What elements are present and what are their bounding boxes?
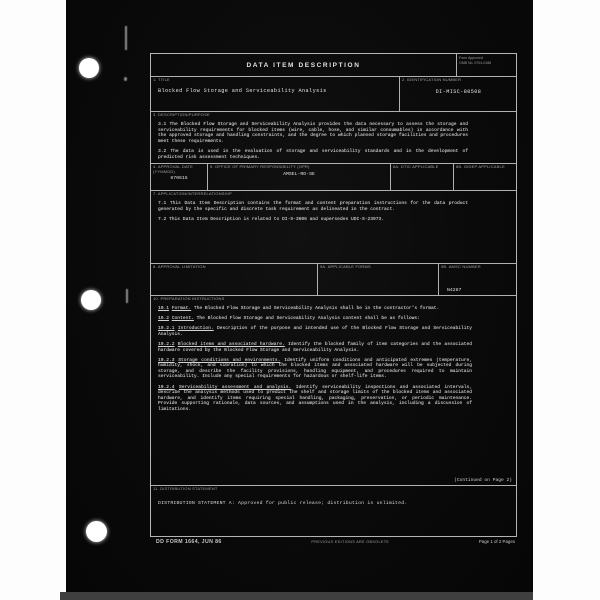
scanner-edge-strip	[60, 592, 533, 600]
preparation-paragraph: 10.2.2 Blocked items and associated hard…	[158, 342, 472, 353]
description-paragraph: 3.2 The data is used in the evaluation o…	[158, 149, 468, 160]
block8-label: 8. APPROVAL LIMITATION	[151, 264, 317, 270]
block9a-applicable-forms: 9a. APPLICABLE FORMS	[318, 264, 439, 295]
scan-artifact	[126, 289, 128, 303]
form-title: DATA ITEM DESCRIPTION	[151, 62, 456, 69]
block9b-label: 9b. AMSC NUMBER	[439, 264, 517, 270]
block7-label: 7. APPLICATION/INTERRELATIONSHIP	[151, 191, 516, 197]
title-id-row: 1. TITLE Blocked Flow Storage and Servic…	[151, 77, 516, 112]
block5-label: 5. OFFICE OF PRIMARY RESPONSIBILITY (OPR…	[208, 164, 390, 170]
omb-approved-line: Form Approved	[457, 54, 517, 61]
block3-label: 3. DESCRIPTION/PURPOSE	[151, 112, 516, 118]
block6a-label: 6a. DTIC APPLICABLE	[391, 164, 453, 170]
block8-approval-limitation: 8. APPROVAL LIMITATION	[151, 264, 318, 295]
identification-number-value: DI-MISC-80508	[400, 89, 517, 95]
form-title-cell: DATA ITEM DESCRIPTION	[151, 54, 457, 76]
block6a-dtic: 6a. DTIC APPLICABLE	[391, 164, 454, 190]
application-paragraph: 7.2 This Data Item Description is relate…	[158, 217, 468, 223]
block11-label: 11. DISTRIBUTION STATEMENT	[151, 486, 516, 492]
block2-label: 2. IDENTIFICATION NUMBER	[400, 77, 517, 83]
preparation-paragraph: 10.2.3 Storage conditions and environmen…	[158, 358, 472, 380]
omb-box: Form Approved OMB No. 0704-0188	[457, 54, 517, 76]
amsc-number-value: N4287	[447, 288, 461, 293]
block10-label: 10. PREPARATION INSTRUCTIONS	[151, 296, 516, 302]
block4-approval-date: 4. APPROVAL DATE (YYMMDD) 870615	[151, 164, 208, 190]
scanned-document: DATA ITEM DESCRIPTION Form Approved OMB …	[0, 0, 600, 600]
did-form: DATA ITEM DESCRIPTION Form Approved OMB …	[150, 53, 517, 537]
block6b-gidep: 6b. GIDEP APPLICABLE	[454, 164, 517, 190]
application-paragraph: 7.1 This Data Item Description contains …	[158, 201, 468, 212]
continued-note: (Continued on Page 2)	[454, 478, 512, 483]
omb-number-line: OMB No. 0704-0188	[457, 61, 517, 67]
document-page: DATA ITEM DESCRIPTION Form Approved OMB …	[66, 0, 533, 593]
block11-distribution-statement: 11. DISTRIBUTION STATEMENT DISTRIBUTION …	[151, 486, 516, 538]
punch-hole-bottom	[86, 521, 107, 542]
preparation-paragraphs: 10.1 Format. The Blocked Flow Storage an…	[151, 306, 516, 412]
preparation-paragraph: 10.2.4 Serviceability assessment and ana…	[158, 385, 472, 413]
scan-artifact	[125, 26, 127, 50]
preparation-paragraph: 10.2.1 Introduction. Description of the …	[158, 326, 472, 337]
block7-application-interrelationship: 7. APPLICATION/INTERRELATIONSHIP 7.1 Thi…	[151, 191, 516, 264]
block3-description-purpose: 3. DESCRIPTION/PURPOSE 3.1 The Blocked F…	[151, 112, 516, 164]
block1-label: 1. TITLE	[151, 77, 399, 83]
punch-hole-middle	[81, 290, 101, 310]
description-paragraph: 3.1 The Blocked Flow Storage and Service…	[158, 122, 468, 144]
block9b-amsc-number: 9b. AMSC NUMBER N4287	[439, 264, 517, 295]
block1-title: 1. TITLE Blocked Flow Storage and Servic…	[151, 77, 400, 111]
form-number: DD FORM 1664, JUN 86	[156, 539, 222, 545]
approval-opr-row: 4. APPROVAL DATE (YYMMDD) 870615 5. OFFI…	[151, 164, 516, 191]
block9a-label: 9a. APPLICABLE FORMS	[318, 264, 438, 270]
page-indicator: Page 1 of 2 Pages	[479, 539, 515, 544]
description-paragraphs: 3.1 The Blocked Flow Storage and Service…	[151, 122, 516, 160]
obsolete-note: PREVIOUS EDITIONS ARE OBSOLETE	[311, 540, 389, 544]
scan-artifact	[124, 77, 127, 81]
preparation-paragraph: 10.1 Format. The Blocked Flow Storage an…	[158, 306, 472, 312]
punch-hole-top	[79, 58, 99, 78]
opr-value: AMSEL-RD-SE	[208, 172, 390, 177]
did-title-value: Blocked Flow Storage and Serviceability …	[158, 88, 399, 94]
form-footer: DD FORM 1664, JUN 86 PREVIOUS EDITIONS A…	[150, 539, 517, 545]
block4-label: 4. APPROVAL DATE (YYMMDD)	[151, 164, 207, 174]
application-paragraphs: 7.1 This Data Item Description contains …	[151, 201, 516, 222]
block2-identification-number: 2. IDENTIFICATION NUMBER DI-MISC-80508	[400, 77, 517, 111]
form-header-row: DATA ITEM DESCRIPTION Form Approved OMB …	[151, 54, 516, 77]
approval-limitation-row: 8. APPROVAL LIMITATION 9a. APPLICABLE FO…	[151, 264, 516, 296]
approval-date-value: 870615	[151, 176, 207, 181]
distribution-statement-text: DISTRIBUTION STATEMENT A: Approved for p…	[158, 501, 516, 506]
block6b-label: 6b. GIDEP APPLICABLE	[454, 164, 517, 170]
block10-preparation-instructions: 10. PREPARATION INSTRUCTIONS 10.1 Format…	[151, 296, 516, 486]
block5-opr: 5. OFFICE OF PRIMARY RESPONSIBILITY (OPR…	[208, 164, 391, 190]
preparation-paragraph: 10.2 Content. The Blocked Flow Storage a…	[158, 316, 472, 322]
